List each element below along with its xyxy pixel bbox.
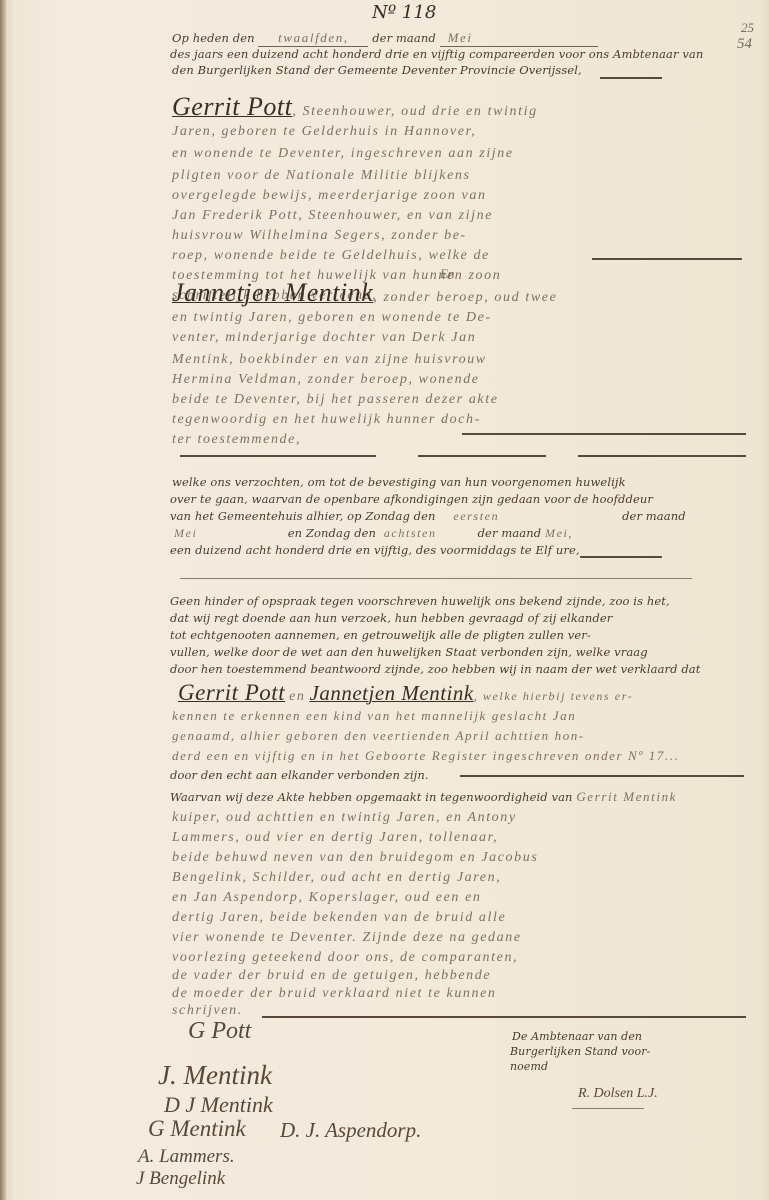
- bride-line: Mentink, boekbinder en van zijne huisvro…: [172, 352, 487, 368]
- official-caption-line: Burgerlijken Stand voor-: [510, 1045, 650, 1058]
- signature-groom: G Pott: [188, 1018, 251, 1045]
- proclamation-line-4: Mei en Zondag den achtsten der maand Mei…: [170, 526, 573, 541]
- official-caption-line: noemd: [510, 1060, 548, 1073]
- and-sunday-label: en Zondag den: [288, 526, 376, 540]
- intro-line-3: den Burgerlijken Stand der Gemeente Deve…: [172, 63, 582, 77]
- witnesses-end-rule: [262, 1016, 746, 1018]
- first-sunday: eersten: [439, 509, 618, 524]
- section-divider: [180, 578, 692, 579]
- couple-line-0: , welke hierbij tevens er-: [474, 689, 634, 703]
- month-label: der maand: [622, 509, 686, 523]
- signature-witness-mentink: G Mentink: [148, 1116, 246, 1142]
- couple-bride-name: Jannetjen Mentink: [310, 681, 474, 705]
- signature-witness-aspendorp: D. J. Aspendorp.: [280, 1118, 421, 1143]
- proclamation-text: van het Gemeentehuis alhier, op Zondag d…: [170, 509, 436, 523]
- declaration-line: door hen toestemmend beantwoord zijnde, …: [170, 662, 700, 676]
- witness-line: schrijven.: [172, 1003, 243, 1019]
- groom-line: Jaren, geboren te Gelderhuis in Hannover…: [172, 124, 476, 140]
- month-label-2: der maand: [478, 526, 542, 540]
- book-binding-edge: [0, 0, 6, 1200]
- margin-number-bottom: 54: [737, 36, 752, 53]
- bride-line: tegenwoordig en het huwelijk hunner doch…: [172, 412, 481, 428]
- groom-line: roep, wonende beide te Geldelhuis, welke…: [172, 248, 490, 264]
- bride-name: Jannetjen Mentink: [172, 278, 373, 307]
- declaration-closing: door den echt aan elkander verbonden zij…: [170, 768, 429, 782]
- witness-line: beide behuwd neven van den bruidegom en …: [172, 850, 538, 866]
- bride-line: venter, minderjarige dochter van Derk Ja…: [172, 330, 476, 346]
- signature-bride: J. Mentink: [158, 1060, 272, 1091]
- intro-line-2: des jaars een duizend acht honderd drie …: [170, 47, 703, 61]
- second-month: Mei,: [545, 526, 573, 540]
- witness-line: de moeder der bruid verklaard niet te ku…: [172, 986, 497, 1002]
- marriage-day: twaalfden,: [258, 30, 368, 47]
- declaration-end-rule: [460, 775, 744, 777]
- declaration-line: Geen hinder of opspraak tegen voorschrev…: [170, 594, 670, 608]
- witness-line: voorlezing geteekend door ons, de compar…: [172, 950, 518, 966]
- record-number: Nº 118: [372, 2, 436, 23]
- couple-and: en: [289, 689, 305, 704]
- witness-line: en Jan Aspendorp, Koperslager, oud een e…: [172, 890, 482, 906]
- second-sunday: achtsten: [380, 526, 474, 541]
- bride-line-0: , zonder beroep, oud twee: [373, 290, 557, 305]
- intro-end-rule: [600, 77, 662, 79]
- bride-line: en twintig Jaren, geboren en wonende te …: [172, 310, 492, 326]
- bride-end-rule: [462, 433, 746, 435]
- couple-line: derd een en vijftig en in het Geboorte R…: [172, 748, 680, 764]
- intro-prefix: Op heden den: [172, 31, 255, 45]
- bride-line: beide te Deventer, bij het passeren deze…: [172, 392, 499, 408]
- couple-groom-name: Gerrit Pott: [178, 680, 285, 705]
- separator-rule-2: [418, 455, 546, 457]
- groom-name: Gerrit Pott: [172, 92, 292, 121]
- first-witness-name: Gerrit Mentink: [576, 789, 677, 804]
- intro-month-label: der maand: [372, 31, 436, 45]
- signature-witness-bengelink: J Bengelink: [136, 1168, 225, 1190]
- signature-bride-father: D J Mentink: [164, 1092, 273, 1118]
- intro-line-1: Op heden den twaalfden, der maand Mei: [172, 30, 598, 47]
- first-month: Mei: [170, 526, 284, 541]
- proclamation-line: welke ons verzochten, om tot de bevestig…: [172, 475, 626, 489]
- groom-end-rule: [592, 258, 742, 260]
- marriage-month: Mei: [440, 30, 598, 47]
- declaration-line: vullen, welke door de wet aan den huweli…: [170, 645, 648, 659]
- signature-witness-lammers: A. Lammers.: [138, 1146, 235, 1168]
- groom-first-line: Gerrit Pott, Steenhouwer, oud drie en tw…: [172, 92, 538, 122]
- separator-rule-3: [578, 455, 746, 457]
- proclamation-line: over te gaan, waarvan de openbare afkond…: [170, 492, 653, 506]
- witness-line: de vader der bruid en de getuigen, hebbe…: [172, 968, 491, 984]
- witnesses-intro-line: Waarvan wij deze Akte hebben opgemaakt i…: [170, 789, 677, 805]
- groom-line: overgelegde bewijs, meerderjarige zoon v…: [172, 188, 487, 204]
- groom-line: huisvrouw Wilhelmina Segers, zonder be-: [172, 228, 467, 244]
- groom-line: pligten voor de Nationale Militie blijke…: [172, 168, 471, 184]
- couple-line: genaamd, alhier geboren den veertienden …: [172, 728, 585, 744]
- witness-line: Bengelink, Schilder, oud acht en dertig …: [172, 870, 501, 886]
- declaration-line: dat wij regt doende aan hun verzoek, hun…: [170, 611, 612, 625]
- declaration-line: tot echtgenooten aannemen, en getrouweli…: [170, 628, 591, 642]
- groom-line: en wonende te Deventer, ingeschreven aan…: [172, 146, 514, 162]
- groom-line-0: , Steenhouwer, oud drie en twintig: [292, 104, 537, 119]
- witness-line: Lammers, oud vier en dertig Jaren, tolle…: [172, 830, 498, 846]
- witnesses-intro: Waarvan wij deze Akte hebben opgemaakt i…: [170, 790, 573, 804]
- proclamation-last-line: een duizend acht honderd drie en vijftig…: [170, 543, 580, 557]
- proclamation-end-rule: [580, 556, 662, 558]
- bride-line: ter toestemmende,: [172, 432, 301, 448]
- witness-line: dertig Jaren, beide bekenden van de brui…: [172, 910, 506, 926]
- official-signature: R. Dolsen L.J.: [578, 1086, 658, 1102]
- couple-line: kennen te erkennen een kind van het mann…: [172, 708, 576, 724]
- official-signature-flourish: [572, 1108, 644, 1109]
- groom-line: Jan Frederik Pott, Steenhouwer, en van z…: [172, 208, 493, 224]
- official-caption-line: De Ambtenaar van den: [512, 1030, 642, 1043]
- witness-line: kuiper, oud achttien en twintig Jaren, e…: [172, 810, 517, 826]
- proclamation-line-3: van het Gemeentehuis alhier, op Zondag d…: [170, 509, 686, 524]
- margin-number-top: 25: [741, 20, 754, 36]
- witness-line: vier wonende te Deventer. Zijnde deze na…: [172, 930, 522, 946]
- bride-first-line: Jannetjen Mentink, zonder beroep, oud tw…: [172, 278, 557, 308]
- separator-rule-1: [180, 455, 376, 457]
- bride-line: Hermina Veldman, zonder beroep, wonende: [172, 372, 480, 388]
- couple-line: Gerrit Pott en Jannetjen Mentink, welke …: [178, 680, 633, 706]
